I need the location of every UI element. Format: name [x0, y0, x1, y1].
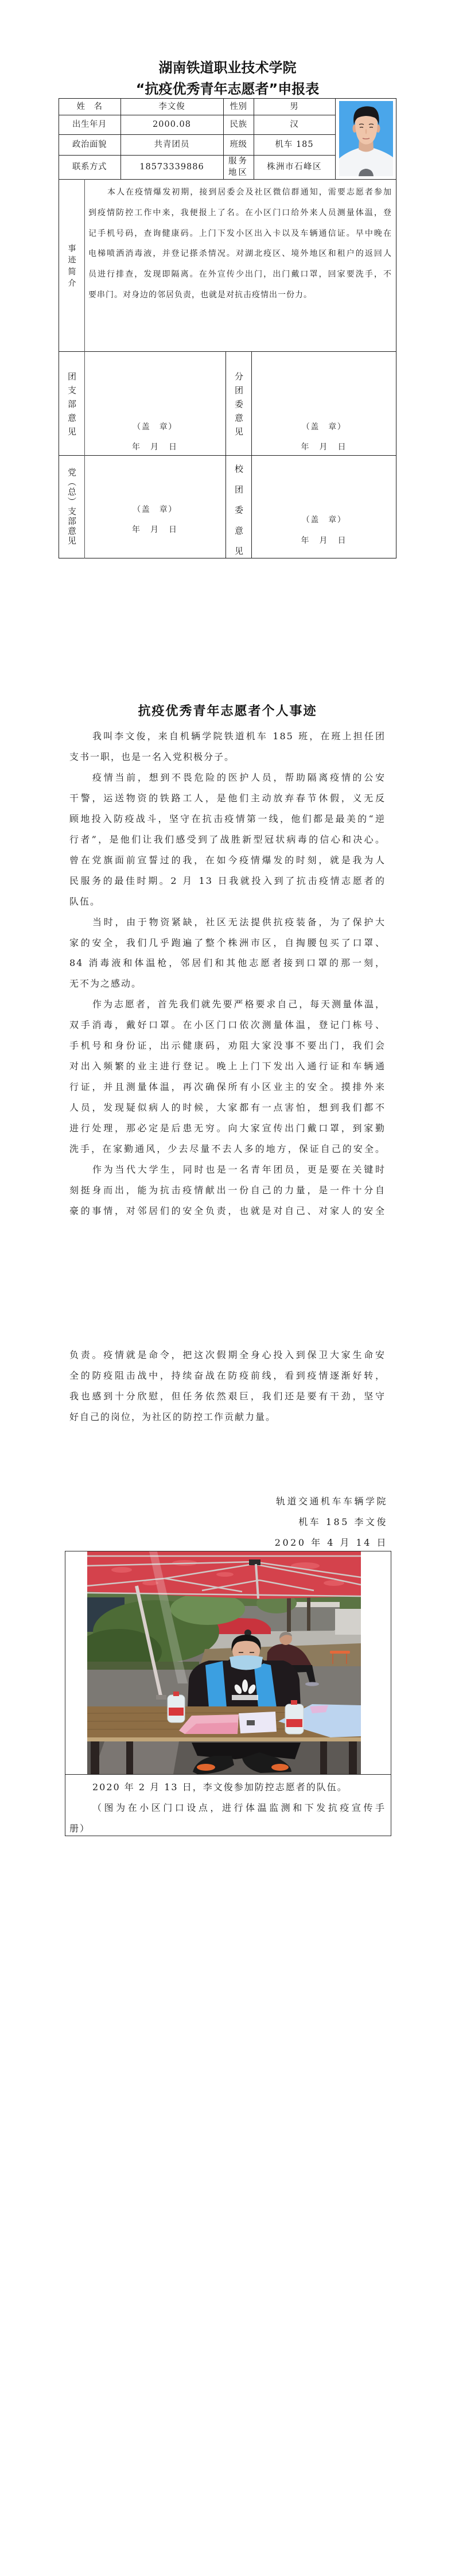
body-line: 顾地投入防疫战斗，坚守在抗击疫情第一线，他们都是最美的“逆 [69, 809, 386, 829]
signature-author: 机车 185 李文俊 [275, 1512, 388, 1533]
sub-committee-opinion-label: 分团委意见 [234, 372, 243, 441]
party-branch-opinion-cell: （盖 章） 年 月 日 [84, 455, 225, 558]
political-status-label: 政治面貌 [59, 134, 120, 155]
body-line: 作为当代大学生，同时也是一名青年团员，更是要在关键时 [69, 1159, 386, 1180]
table-rule [59, 179, 396, 180]
school-committee-opinion-cell: （盖 章） 年 月 日 [251, 455, 396, 558]
school-title: 湖南铁道职业技术学院 [0, 59, 455, 76]
signature-college: 轨道交通机车车辆学院 [275, 1491, 388, 1512]
contact-label: 联系方式 [59, 155, 120, 179]
gender-value: 男 [254, 98, 335, 115]
body-line: 进行处理，那必定是后患无穷。向大家宣传出门戴口罩，到家勤 [69, 1118, 386, 1139]
body-line: 84 消毒液和体温枪，邻居们和其他志愿者接到口罩的那一刻， [69, 953, 386, 973]
caption-line: 册） [69, 1818, 386, 1839]
body-line: 行证，并且测量体温，再次确保所有小区业主的安全。摸排外来 [69, 1077, 386, 1097]
body-line: 好自己的岗位，为社区的防控工作贡献力量。 [69, 1407, 386, 1427]
signature-date: 2020 年 4 月 14 日 [275, 1533, 388, 1553]
deeds-line: 要串门。对身边的邻居负责，也就是对抗击疫情出一份力。 [88, 285, 392, 306]
service-area-label-cell: 服务地区 [223, 155, 254, 179]
seal-placeholder: （盖 章） [84, 504, 225, 515]
body-line: 全的防疫阻击战中，持续奋战在防疫前线，看到疫情逐渐好转， [69, 1365, 386, 1386]
body-line: 家的安全，我们几乎跑遍了整个株洲市区，自掏腰包买了口罩、 [69, 933, 386, 953]
class-label: 班级 [223, 134, 254, 155]
activity-photo-box: 2020 年 2 月 13 日，李文俊参加防控志愿者的队伍。 （图为在小区门口设… [65, 1551, 391, 1836]
portrait-image [339, 101, 393, 176]
body-line: 手机号和身份证，出示健康码，劝阻大家没事不要出门，我们会 [69, 1035, 386, 1056]
body-line: 行者”，是他们让我们感受到了战胜新型冠状病毒的信心和决心。 [69, 829, 386, 850]
body-line: 对出入频繁的业主进行登记。晚上上门下发出入通行证和车辆通 [69, 1056, 386, 1077]
league-branch-opinion-label: 团支部意见 [67, 372, 76, 441]
school-committee-opinion-label-cell: 校团委意见 [225, 464, 251, 567]
applicant-photo [339, 101, 393, 176]
sub-committee-opinion-cell: （盖 章） 年 月 日 [251, 351, 396, 455]
seal-placeholder: （盖 章） [251, 421, 396, 433]
birth-value: 2000.08 [120, 115, 223, 134]
deeds-label: 事迹简介 [68, 244, 76, 290]
table-rule [335, 98, 336, 179]
essay-body-continued: 负责。疫情就是命令，把这次假期全身心投入到保卫大家生命安 全的防疫阻击战中，持续… [69, 1345, 386, 1427]
date-placeholder: 年 月 日 [84, 524, 225, 536]
political-status-value: 共青团员 [120, 134, 223, 155]
gender-label: 性别 [223, 98, 254, 115]
body-line: 无不为之感动。 [69, 973, 386, 994]
body-line: 刻挺身而出，能为抗击疫情献出一份自己的力量，是一件十分自 [69, 1180, 386, 1201]
body-line: 疫情当前，想到不畏危险的医护人员，帮助隔离疫情的公安 [69, 767, 386, 788]
birth-label: 出生年月 [59, 115, 120, 134]
service-area-value: 株洲市石峰区 [254, 155, 335, 179]
deeds-line: 员进行排查，发现即隔离。在外宣传少出门，出门戴口罩，回家要洗手，不 [88, 265, 392, 285]
body-line: 人员，发现疑似病人的时候，大家都有一点害怕，想到我们都不 [69, 1097, 386, 1118]
signature-block: 轨道交通机车车辆学院 机车 185 李文俊 2020 年 4 月 14 日 [275, 1491, 388, 1553]
ethnicity-value: 汉 [254, 115, 335, 134]
date-placeholder: 年 月 日 [84, 441, 225, 453]
form-title: “抗疫优秀青年志愿者”申报表 [0, 80, 455, 98]
party-branch-opinion-label: 党（总）支部意见 [67, 468, 76, 546]
deeds-line: 记手机号码，查询健康码。上门下发小区出入卡以及车辆通信证。早中晚在 [88, 224, 392, 245]
deeds-label-cell: 事迹简介 [59, 244, 84, 290]
league-branch-opinion-label-cell: 团支部意见 [59, 372, 84, 441]
body-line: 曾在党旗面前宣誓过的我，在如今疫情爆发的时刻，就是我为人 [69, 850, 386, 871]
service-area-label: 服务地区 [227, 156, 250, 179]
caption-line: （图为在小区门口设点，进行体温监测和下发抗疫宣传手 [69, 1798, 386, 1818]
photo-caption: 2020 年 2 月 13 日，李文俊参加防控志愿者的队伍。 （图为在小区门口设… [69, 1777, 386, 1839]
body-line: 负责。疫情就是命令，把这次假期全身心投入到保卫大家生命安 [69, 1345, 386, 1365]
body-line: 豪的事情，对邻居们的安全负责，也就是对自己、对家人的安全 [69, 1201, 386, 1221]
name-value: 李文俊 [120, 98, 223, 115]
contact-value: 18573339886 [120, 155, 223, 179]
body-line: 支书一职，也是一名入党积极分子。 [69, 747, 386, 767]
seal-placeholder: （盖 章） [251, 514, 396, 526]
activity-photo-image [87, 1551, 361, 1774]
deeds-essay-title: 抗疫优秀青年志愿者个人事迹 [0, 703, 455, 720]
body-line: 民服务的最佳时期。2 月 13 日我就投入到了抗击疫情志愿者的 [69, 871, 386, 891]
date-placeholder: 年 月 日 [251, 441, 396, 453]
volunteer-activity-photo [87, 1551, 361, 1774]
date-placeholder: 年 月 日 [251, 535, 396, 546]
deeds-line: 到疫情防控工作中来，我便报上了名。在小区门口给外来人员测量体温，登 [88, 203, 392, 224]
body-line: 洗手，在家勤通风，少去尽量不去人多的地方，保证自己的安全。 [69, 1139, 386, 1159]
body-line: 队伍。 [69, 891, 386, 912]
body-line: 作为志愿者，首先我们就先要严格要求自己，每天测量体温， [69, 994, 386, 1015]
seal-placeholder: （盖 章） [84, 421, 225, 433]
caption-line: 2020 年 2 月 13 日，李文俊参加防控志愿者的队伍。 [69, 1777, 386, 1798]
deeds-text: 本人在疫情爆发初期，接到居委会及社区微信群通知，需要志愿者参加 到疫情防控工作中… [88, 183, 392, 306]
class-value: 机车 185 [254, 134, 335, 155]
deeds-line: 本人在疫情爆发初期，接到居委会及社区微信群通知，需要志愿者参加 [88, 183, 392, 203]
body-line: 双手消毒，戴好口罩。在小区门口依次测量体温，登记门栋号、 [69, 1015, 386, 1035]
body-line: 当时，由于物资紧缺，社区无法提供抗疫装备，为了保护大 [69, 912, 386, 933]
body-line: 我也感到十分欣慰，但任务依然艰巨，我们还是要有干劲，坚守 [69, 1386, 386, 1407]
ethnicity-label: 民族 [223, 115, 254, 134]
essay-body: 我叫李文俊，来自机辆学院铁道机车 185 班，在班上担任团 支书一职，也是一名入… [69, 726, 386, 1221]
name-label: 姓 名 [59, 98, 120, 115]
photo-caption-divider [65, 1774, 391, 1775]
deeds-line: 电梯喷洒消毒液，并登记搽杀情况。对湖北疫区、境外地区和租户的返回人 [88, 244, 392, 265]
school-committee-opinion-label: 校团委意见 [234, 464, 243, 567]
body-line: 我叫李文俊，来自机辆学院铁道机车 185 班，在班上担任团 [69, 726, 386, 747]
league-branch-opinion-cell: （盖 章） 年 月 日 [84, 351, 225, 455]
sub-committee-opinion-label-cell: 分团委意见 [225, 372, 251, 441]
party-branch-opinion-label-cell: 党（总）支部意见 [59, 468, 84, 546]
body-line: 干警，运送物资的铁路工人，是他们主动放弃春节休假，义无反 [69, 788, 386, 809]
application-form-table: 姓 名 李文俊 性别 男 出生年月 2000.08 民族 汉 政治面貌 共青团员… [59, 98, 396, 558]
